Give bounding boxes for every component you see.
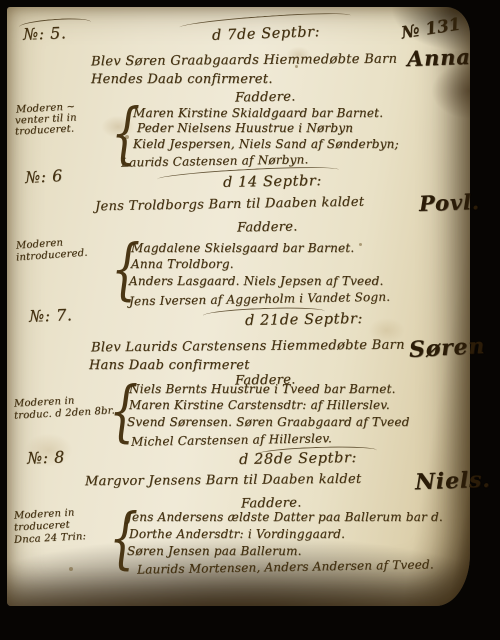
ink-speck bbox=[69, 567, 73, 571]
fadder-line: Magdalene Skielsgaard bar Barnet. bbox=[131, 241, 354, 255]
fadder-line: Maren Kirstine Carstensdtr: af Hillersle… bbox=[129, 398, 390, 412]
faddere-heading: Faddere. bbox=[237, 219, 298, 235]
fadder-line: Anna Troldborg. bbox=[131, 257, 234, 271]
fadder-line: Niels Bernts Huustrue i Tveed bar Barnet… bbox=[129, 382, 396, 396]
child-name: Anna bbox=[407, 44, 471, 71]
faddere-heading: Faddere. bbox=[235, 89, 296, 105]
entry-text-line: Hendes Daab confirmeret. bbox=[91, 72, 273, 87]
entry-number: №: 8 bbox=[27, 447, 65, 467]
entry-text-line: Blev Laurids Carstensens Hiemmedøbte Bar… bbox=[91, 338, 405, 356]
fadder-line: Maren Kirstine Skialdgaard bar Barnet. bbox=[133, 106, 383, 120]
fadder-line: Jens Andersens ældste Datter paa Balleru… bbox=[127, 510, 443, 524]
fadder-line: Anders Lasgaard. Niels Jepsen af Tveed. bbox=[129, 274, 384, 288]
folio-number: № 131 bbox=[400, 14, 462, 43]
child-name: Søren bbox=[408, 333, 485, 363]
ink-speck bbox=[359, 243, 362, 246]
scanned-register-page: № 131 №: 5. d 7de Septbr: Blev Søren Gra… bbox=[0, 0, 500, 640]
entry-text-line: Blev Søren Graabgaards Hiemmedøbte Barn bbox=[91, 52, 397, 70]
fadder-line: Kield Jespersen, Niels Sand af Sønderbyn… bbox=[133, 137, 399, 151]
child-name: Niels. bbox=[415, 467, 492, 496]
manuscript-page: № 131 №: 5. d 7de Septbr: Blev Søren Gra… bbox=[7, 7, 470, 606]
entry-number: №: 6 bbox=[25, 166, 64, 187]
margin-note-line: Dnca 24 Trin: bbox=[14, 531, 87, 546]
fadder-line: Laurids Mortensen, Anders Andersen af Tv… bbox=[137, 557, 434, 576]
entry-date: d 28de Septbr: bbox=[239, 450, 357, 468]
entry-date: d 14 Septbr: bbox=[223, 173, 322, 191]
entry-date: d 7de Septbr: bbox=[212, 24, 321, 44]
entry-text-line: Jens Troldborgs Barn til Daaben kaldet bbox=[95, 195, 365, 215]
fadder-line: Søren Jensen paa Ballerum. bbox=[127, 544, 302, 558]
margin-note-line: troduceret. bbox=[15, 123, 75, 137]
entry-text-line: Margvor Jensens Barn til Daaben kaldet bbox=[85, 472, 362, 489]
fadder-line: Peder Nielsens Huustrue i Nørbyn bbox=[137, 121, 353, 135]
child-name: Povl. bbox=[419, 189, 481, 216]
entry-date: d 21de Septbr: bbox=[245, 311, 363, 329]
fadder-line: Dorthe Andersdtr: i Vordinggaard. bbox=[129, 527, 345, 541]
fadder-line: Jens Iversen af Aggerholm i Vandet Sogn. bbox=[129, 290, 390, 309]
fadder-line: Michel Carstensen af Hillerslev. bbox=[131, 431, 332, 449]
entry-number: №: 7. bbox=[29, 305, 73, 326]
fadder-line: Svend Sørensen. Søren Graabgaard af Tvee… bbox=[127, 415, 410, 429]
entry-number: №: 5. bbox=[23, 23, 67, 44]
